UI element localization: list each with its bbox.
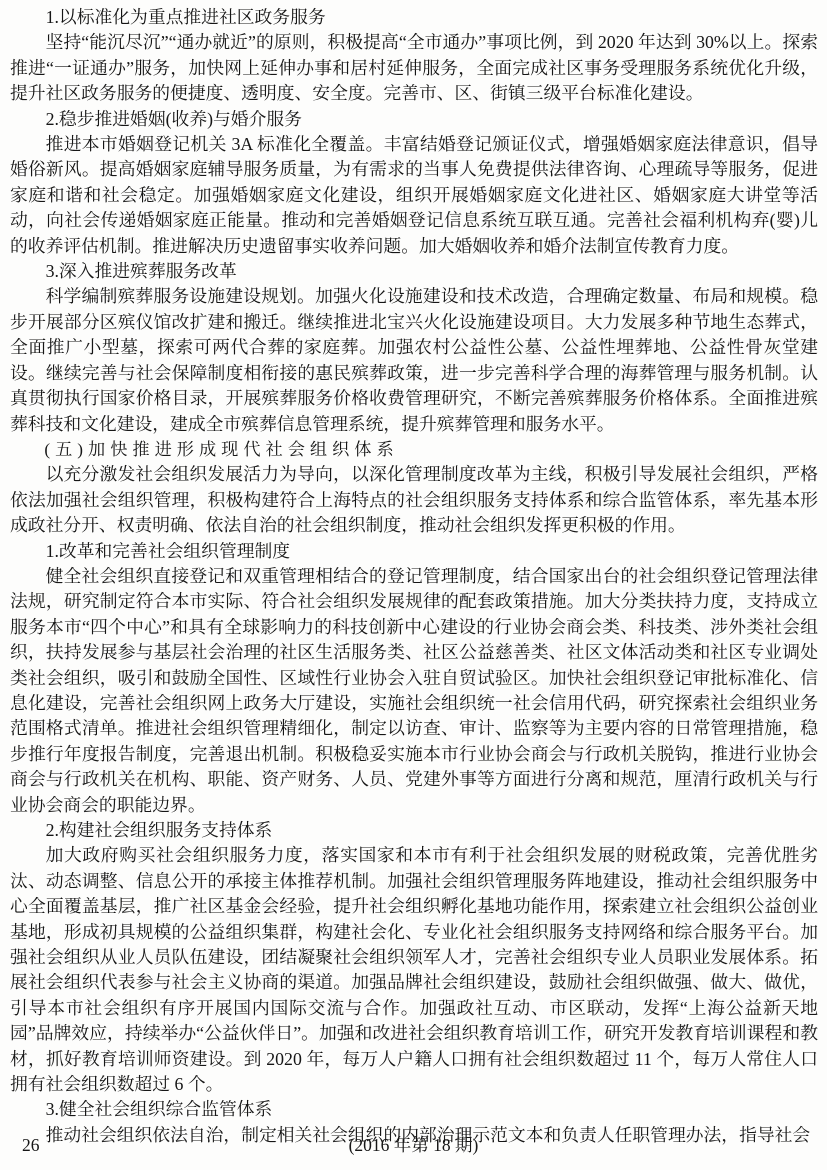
numbered-heading: 2.构建社会组织服务支持体系 [10,818,818,843]
paragraph: 坚持“能沉尽沉”“通办就近”的原则，积极提高“全市通办”事项比例，到 2020 … [10,30,818,106]
paragraph: 以充分激发社会组织发展活力为导向，以深化管理制度改革为主线，积极引导发展社会组织… [10,462,818,538]
page-footer: 26 (2016 年第 18 期) [0,1132,827,1158]
numbered-heading: 2.稳步推进婚姻(收养)与婚介服务 [10,107,818,132]
issue-label: (2016 年第 18 期) [349,1135,479,1155]
section-heading: (五)加快推进形成现代社会组织体系 [10,437,818,462]
paragraph: 加大政府购买社会组织服务力度，落实国家和本市有利于社会组织发展的财税政策，完善优… [10,843,818,1097]
document-body: 1.以标准化为重点推进社区政务服务坚持“能沉尽沉”“通办就近”的原则，积极提高“… [10,5,818,1148]
page-number: 26 [22,1132,40,1158]
numbered-heading: 3.深入推进殡葬服务改革 [10,259,818,284]
paragraph: 健全社会组织直接登记和双重管理相结合的登记管理制度，结合国家出台的社会组织登记管… [10,564,818,818]
paragraph: 科学编制殡葬服务设施建设规划。加强火化设施建设和技术改造，合理确定数量、布局和规… [10,284,818,436]
numbered-heading: 1.改革和完善社会组织管理制度 [10,539,818,564]
numbered-heading: 1.以标准化为重点推进社区政务服务 [10,5,818,30]
document-page: 1.以标准化为重点推进社区政务服务坚持“能沉尽沉”“通办就近”的原则，积极提高“… [0,0,827,1170]
numbered-heading: 3.健全社会组织综合监管体系 [10,1097,818,1122]
paragraph: 推进本市婚姻登记机关 3A 标准化全覆盖。丰富结婚登记颁证仪式，增强婚姻家庭法律… [10,132,818,259]
